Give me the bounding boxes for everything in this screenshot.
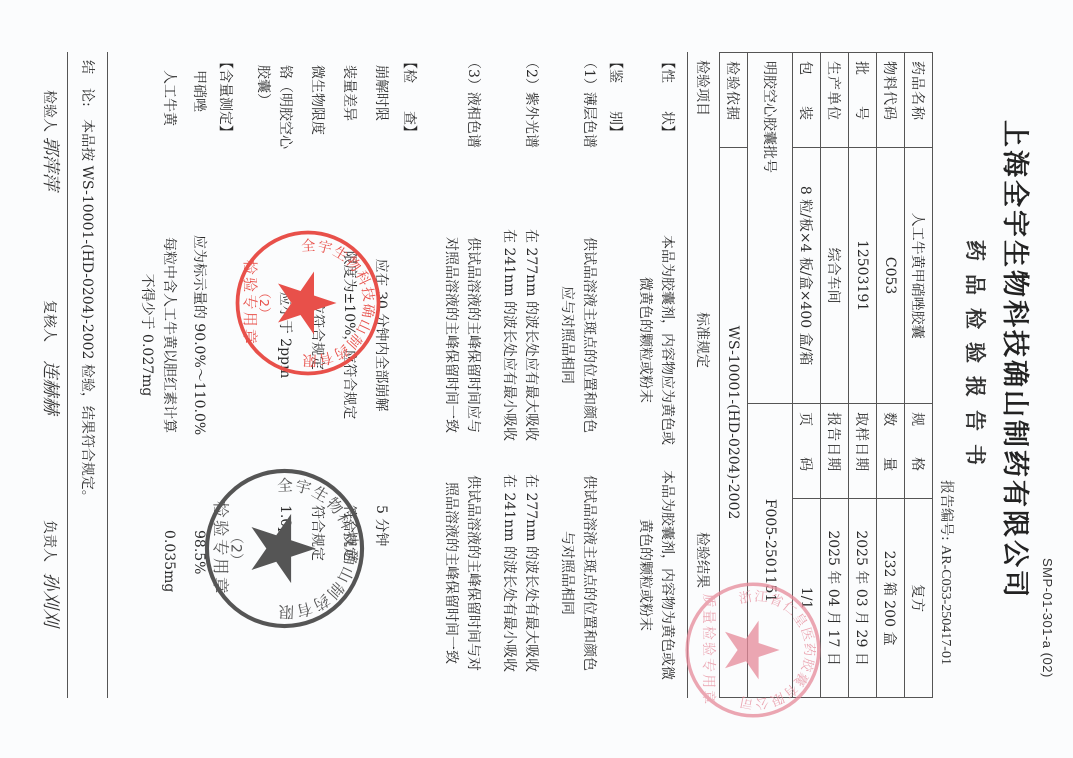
appearance-heading: 【性 状】 bbox=[656, 55, 678, 139]
assay-heading: 【含量测定】 bbox=[214, 55, 236, 139]
appearance-result: 本品为胶囊剂，内容物为黄色或微黄色的颗粒或粉末 bbox=[634, 455, 678, 695]
info-row: 药品名称 人工牛黄甲硝唑胶囊 规 格 复方 bbox=[905, 53, 933, 698]
identification-standard: 供试品溶液的主峰保留时间应与对照品溶液的主峰保留时间一致 bbox=[440, 210, 484, 460]
capsule-batch-label: 明胶空心胶囊批号 bbox=[748, 53, 793, 404]
info-value: C053 bbox=[877, 148, 905, 404]
text-line: 供试品溶液主斑点的位置和颜色 bbox=[578, 448, 600, 698]
info-value-2: 复方 bbox=[905, 499, 933, 698]
svg-text:检验专用章: 检验专用章 bbox=[241, 260, 259, 346]
test-item-name: 铬（明胶空心胶囊） bbox=[252, 65, 296, 175]
manager-signature-text: 孙刈刈 bbox=[40, 572, 61, 626]
text-line: 微黄色的颗粒或粉末 bbox=[634, 220, 656, 460]
text-line: 供试品溶液主斑点的位置和颜色 bbox=[578, 210, 600, 460]
assay-standard: 每粒中含人工牛黄以胆红素计算不得少于 0.027mg bbox=[136, 210, 180, 460]
identification-item-name: （1）薄层色谱 bbox=[578, 55, 600, 148]
column-header-item: 检验项目 bbox=[691, 60, 713, 116]
conclusion-label: 结 论: bbox=[79, 60, 95, 107]
report-number-label: 报告编号: bbox=[938, 480, 954, 541]
info-label-2: 数 量 bbox=[877, 404, 905, 499]
text-line: 不得少于 0.027mg bbox=[136, 210, 158, 460]
text-line: 本品为胶囊剂，内容物应为黄色或 bbox=[656, 220, 678, 460]
manager-label: 负责人 bbox=[41, 520, 57, 562]
text-line: 崩解时限 bbox=[370, 65, 392, 175]
text-line: 供试品溶液的主峰保留时间与对 bbox=[462, 448, 484, 698]
info-label: 物料代码 bbox=[877, 53, 905, 148]
inspection-report-page: SMP-01-301-a (02) 上海全宇生物科技确山制药有限公司 药品检验报… bbox=[0, 0, 1073, 758]
text-line: 对照品溶液的主峰保留时间一致 bbox=[440, 210, 462, 460]
assay-item-name: 甲硝唑 bbox=[191, 70, 207, 112]
text-line: 黄色的颗粒或粉末 bbox=[634, 455, 656, 695]
info-value: 8 粒/板×4 板/盒×400 盒/箱 bbox=[793, 148, 821, 404]
text-line: 在 241nm 的波长处有最小吸收 bbox=[498, 448, 520, 698]
identification-result: 在 277nm 的波长处有最大吸收在 241nm 的波长处有最小吸收 bbox=[498, 448, 542, 698]
section-heading: 【鉴 别】 bbox=[607, 55, 623, 139]
assay-item-name: 人工牛黄 bbox=[158, 70, 180, 180]
section-heading: 【性 状】 bbox=[659, 55, 675, 139]
assay-item-name: 甲硝唑 bbox=[188, 70, 210, 180]
reviewer-label: 复核人 bbox=[41, 300, 57, 342]
item-name: （1）薄层色谱 bbox=[581, 55, 597, 148]
inspector-signature-text: 郭萍萍 bbox=[40, 136, 61, 190]
identification-heading: 【鉴 别】 bbox=[604, 55, 626, 139]
grey-inspection-seal-stamp: 上海全宇生物科技确山制药有限公司 （2） 检验专用章 bbox=[202, 466, 367, 631]
appearance-standard: 本品为胶囊剂，内容物应为黄色或微黄色的颗粒或粉末 bbox=[634, 220, 678, 460]
info-row: 物料代码 C053 数 量 232 箱 200 盒 bbox=[877, 53, 905, 698]
reviewer-signature: 复核人 连赫赫 bbox=[38, 300, 61, 414]
info-value: 12503191 bbox=[849, 148, 877, 404]
text-line: 铬（明胶空心 bbox=[274, 65, 296, 175]
info-value-2: 232 箱 200 盒 bbox=[877, 499, 905, 698]
info-label-2: 页 码 bbox=[793, 404, 821, 499]
text-line: 照品溶液的主峰保留时间一致 bbox=[440, 448, 462, 698]
manager-signature: 负责人 孙刈刈 bbox=[38, 520, 61, 626]
text-line: 在 277nm 的波长处应有最大吸收 bbox=[520, 210, 542, 460]
conclusion-text: 本品按 WS-10001-(HD-0204)-2002 检验，结果符合规定。 bbox=[79, 119, 95, 504]
info-value: 综合车间 bbox=[821, 148, 849, 404]
info-row: 生产单位 综合车间 报告日期 2025 年 04 月 17 日 bbox=[821, 53, 849, 698]
info-label: 批 号 bbox=[849, 53, 877, 148]
info-label-2: 报告日期 bbox=[821, 404, 849, 499]
identification-item-name: （3）液相色谱 bbox=[462, 55, 484, 148]
assay-result: 0.035mg bbox=[158, 530, 180, 650]
info-label: 生产单位 bbox=[821, 53, 849, 148]
text-line: 应为标示量的 90.0%～110.0% bbox=[188, 210, 210, 460]
company-name: 上海全宇生物科技确山制药有限公司 bbox=[998, 120, 1037, 600]
text-line: 在 277nm 的波长处有最大吸收 bbox=[520, 448, 542, 698]
form-code: SMP-01-301-a (02) bbox=[1040, 558, 1055, 678]
test-result: 5 分钟 bbox=[370, 505, 392, 625]
pink-supplier-seal-stamp: 浙江省仁皇医药胶囊有限公司 质量检验专用章 bbox=[683, 580, 823, 720]
test-item-name: 装量差异 bbox=[338, 65, 360, 175]
text-line: 装量差异 bbox=[338, 65, 360, 175]
scanned-document-frame: SMP-01-301-a (02) 上海全宇生物科技确山制药有限公司 药品检验报… bbox=[0, 0, 1073, 758]
text-line: 微生物限度 bbox=[306, 65, 328, 175]
section-heading: 【含量测定】 bbox=[217, 55, 233, 139]
basis-label: 检验依据 bbox=[720, 53, 748, 148]
report-title: 药品检验报告书 bbox=[961, 240, 991, 478]
assay-result: 0.035mg bbox=[161, 530, 177, 592]
conclusion: 结 论: 本品按 WS-10001-(HD-0204)-2002 检验，结果符合… bbox=[76, 60, 98, 504]
report-number-value: AR-C053-250417-01 bbox=[938, 545, 953, 665]
info-value-2: 2025 年 04 月 17 日 bbox=[821, 499, 849, 698]
info-value: 人工牛黄甲硝唑胶囊 bbox=[905, 148, 933, 404]
text-line: 供试品溶液的主峰保留时间应与 bbox=[462, 210, 484, 460]
text-line: 本品为胶囊剂，内容物为黄色或微 bbox=[656, 455, 678, 695]
red-inspection-seal-stamp: 上海全宇生物科技确山制药有限公司 （2） 检验专用章 bbox=[233, 228, 383, 378]
text-line: 胶囊） bbox=[252, 65, 274, 175]
svg-text:质量检验专用章: 质量检验专用章 bbox=[700, 594, 717, 707]
identification-standard: 供试品溶液主斑点的位置和颜色应与对照品相同 bbox=[556, 210, 600, 460]
text-line: 在 241nm 的波长处应有最小吸收 bbox=[498, 210, 520, 460]
identification-standard: 在 277nm 的波长处应有最大吸收在 241nm 的波长处应有最小吸收 bbox=[498, 210, 542, 460]
inspector-signature: 检验人 郭萍萍 bbox=[38, 90, 61, 190]
column-header-standard: 标准规定 bbox=[691, 240, 713, 440]
item-name: （3）液相色谱 bbox=[465, 55, 481, 148]
info-label-2: 规 格 bbox=[905, 404, 933, 499]
tests-heading: 【检 查】 bbox=[398, 55, 420, 139]
identification-result: 供试品溶液的主峰保留时间与对照品溶液的主峰保留时间一致 bbox=[440, 448, 484, 698]
text-line: 与对照品相同 bbox=[556, 448, 578, 698]
test-item-name: 崩解时限 bbox=[370, 65, 392, 175]
info-label-2: 取样日期 bbox=[849, 404, 877, 499]
test-item-name: 微生物限度 bbox=[306, 65, 328, 175]
report-number: 报告编号: AR-C053-250417-01 bbox=[937, 480, 957, 665]
svg-text:检验专用章: 检验专用章 bbox=[211, 501, 231, 596]
reviewer-signature-text: 连赫赫 bbox=[40, 360, 61, 414]
text-line: 应与对照品相同 bbox=[556, 210, 578, 460]
info-row: 批 号 12503191 取样日期 2025 年 03 月 29 日 bbox=[849, 53, 877, 698]
item-name: （2）紫外光谱 bbox=[523, 55, 539, 148]
section-heading: 【检 查】 bbox=[401, 55, 417, 139]
text-line: 每粒中含人工牛黄以胆红素计算 bbox=[158, 210, 180, 460]
info-label: 药品名称 bbox=[905, 53, 933, 148]
identification-item-name: （2）紫外光谱 bbox=[520, 55, 542, 148]
test-result: 5 分钟 bbox=[373, 505, 389, 546]
identification-result: 供试品溶液主斑点的位置和颜色与对照品相同 bbox=[556, 448, 600, 698]
assay-standard: 应为标示量的 90.0%～110.0% bbox=[188, 210, 210, 460]
info-value-2: 2025 年 03 月 29 日 bbox=[849, 499, 877, 698]
assay-item-name: 人工牛黄 bbox=[161, 70, 177, 126]
inspector-label: 检验人 bbox=[41, 90, 57, 132]
info-label: 包 装 bbox=[793, 53, 821, 148]
